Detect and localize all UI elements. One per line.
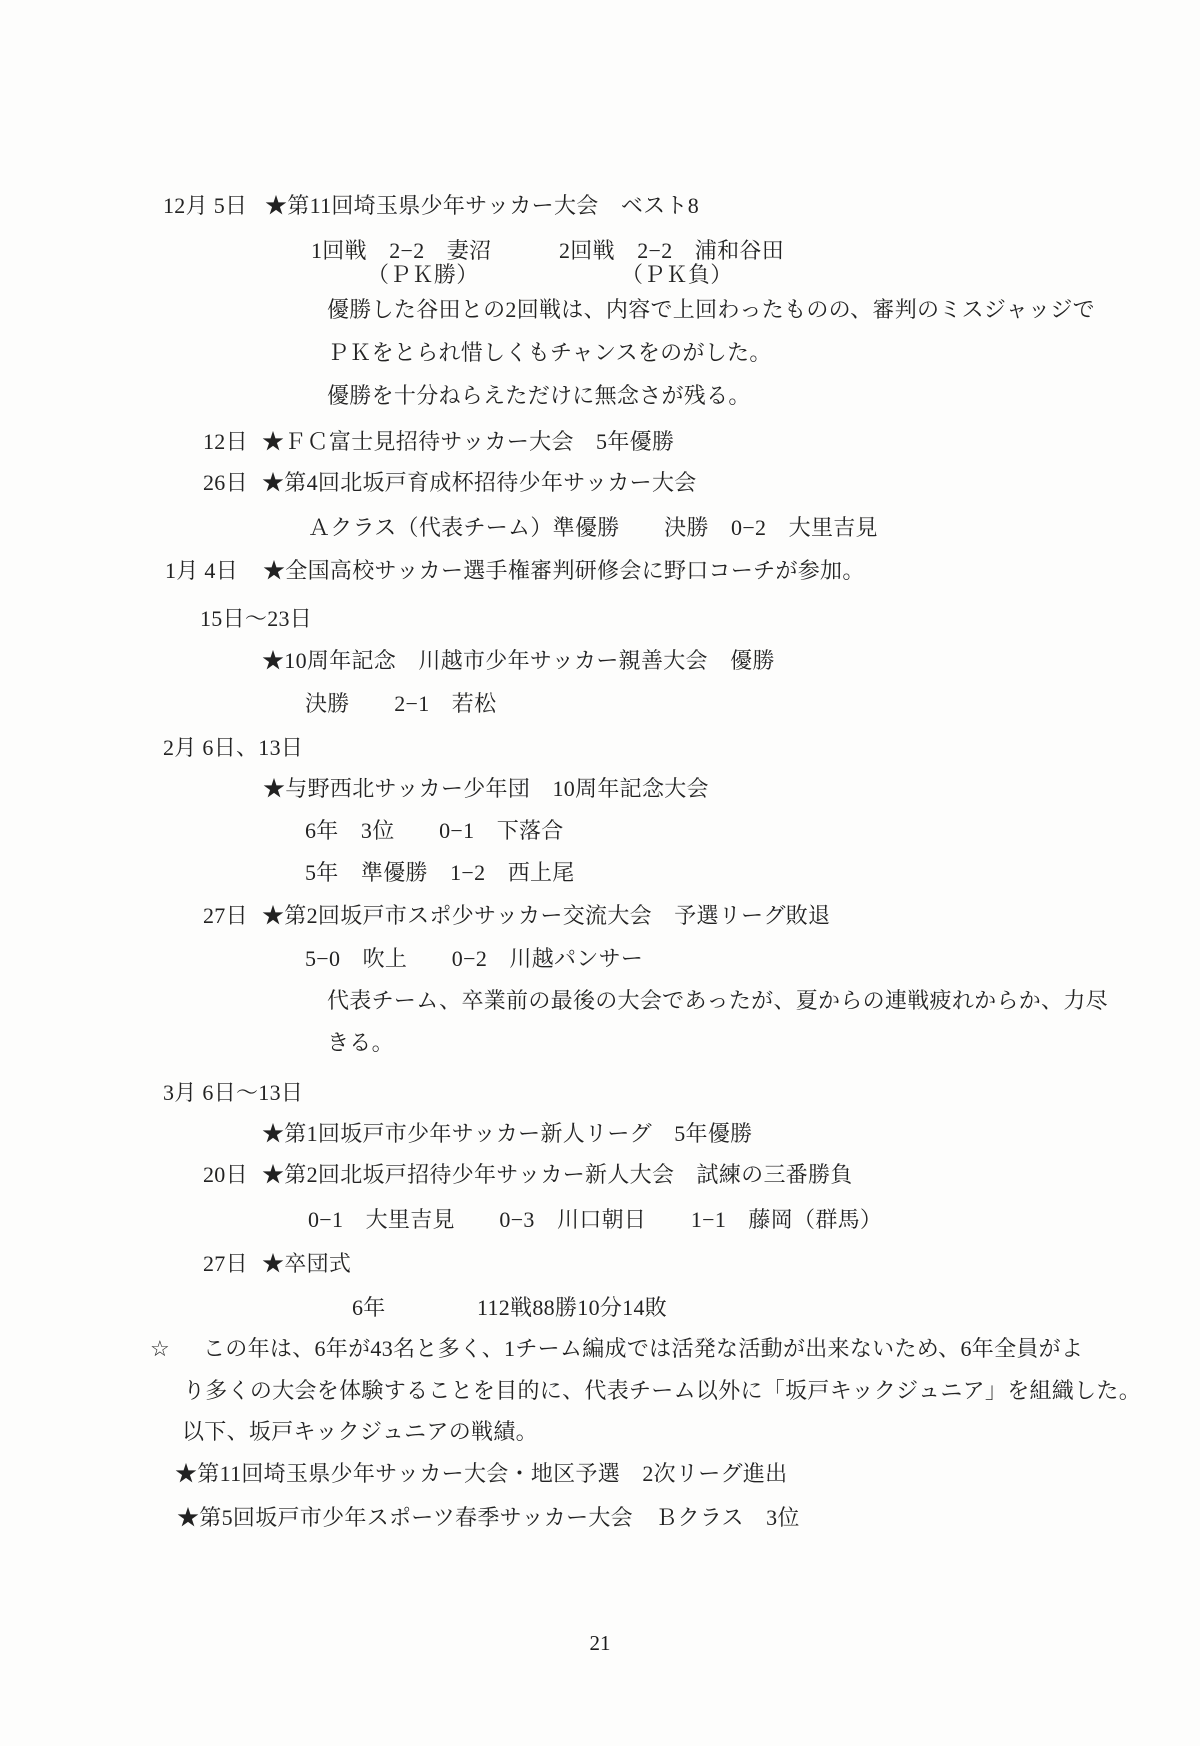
match-result: 2回戦 2−2 浦和谷田 (559, 238, 784, 264)
match-result: 6年 (352, 1295, 386, 1321)
event-title: ★ＦＣ富士見招待サッカー大会 5年優勝 (262, 429, 674, 455)
date-label-day: 26日 (203, 470, 248, 496)
match-result: 0−1 大里吉見 0−3 川口朝日 1−1 藤岡（群馬） (308, 1207, 882, 1233)
body-text: 以下、坂戸キックジュニアの戦績。 (182, 1419, 538, 1445)
event-title: ★第4回北坂戸育成杯招待少年サッカー大会 (262, 470, 697, 496)
pk-note: （ＰＫ勝） (367, 262, 479, 288)
event-title: ★第1回坂戸市少年サッカー新人リーグ 5年優勝 (262, 1121, 752, 1147)
match-result: 1回戦 2−2 妻沼 (311, 238, 491, 264)
date-label-day: 12日 (203, 429, 248, 455)
match-result: 112戦88勝10分14敗 (477, 1295, 667, 1321)
page-number: 21 (0, 1631, 1200, 1656)
document-page: 12月 5日 ★第11回埼玉県少年サッカー大会 ベスト8 1回戦 2−2 妻沼 … (0, 0, 1200, 1746)
date-label-month: 12月 5日 (163, 193, 247, 219)
date-label-month: 3月 6日〜13日 (163, 1080, 303, 1106)
body-text: ＰＫをとられ惜しくもチャンスをのがした。 (327, 340, 772, 366)
body-text: この年は、6年が43名と多く、1チーム編成では活発な活動が出来ないため、6年全員… (203, 1336, 1083, 1362)
date-label-day: 15日〜23日 (200, 606, 312, 632)
event-title: ★10周年記念 川越市少年サッカー親善大会 優勝 (262, 648, 775, 674)
match-result: 決勝 2−1 若松 (305, 691, 496, 717)
pk-note: （ＰＫ負） (621, 262, 733, 288)
star-marker: ☆ (150, 1336, 170, 1362)
event-title: ★全国高校サッカー選手権審判研修会に野口コーチが参加。 (263, 558, 865, 584)
event-title: ★第5回坂戸市少年スポーツ春季サッカー大会 Ｂクラス 3位 (177, 1505, 800, 1531)
date-label-day: 20日 (203, 1162, 248, 1188)
event-title: ★第11回埼玉県少年サッカー大会 ベスト8 (265, 193, 699, 219)
body-text: り多くの大会を体験することを目的に、代表チーム以外に「坂戸キックジュニア」を組織… (183, 1378, 1141, 1404)
event-title: ★第11回埼玉県少年サッカー大会・地区予選 2次リーグ進出 (175, 1461, 787, 1487)
body-text: 優勝を十分ねらえただけに無念さが残る。 (327, 383, 751, 409)
match-result: 5−0 吹上 0−2 川越パンサー (305, 946, 643, 972)
match-result: 6年 3位 0−1 下落合 (305, 818, 564, 844)
body-text: 代表チーム、卒業前の最後の大会であったが、夏からの連戦疲れからか、力尽 (327, 988, 1108, 1014)
date-label-day: 27日 (203, 1251, 248, 1277)
event-title: ★第2回北坂戸招待少年サッカー新人大会 試練の三番勝負 (262, 1162, 853, 1188)
event-title: ★卒団式 (262, 1251, 351, 1277)
match-result: Ａクラス（代表チーム）準優勝 決勝 0−2 大里吉見 (308, 515, 878, 541)
event-title: ★第2回坂戸市スポ少サッカー交流大会 予選リーグ敗退 (262, 903, 830, 929)
body-text: 優勝した谷田との2回戦は、内容で上回わったものの、審判のミスジャッジで (327, 297, 1095, 323)
date-label-month: 1月 4日 (165, 558, 238, 584)
date-label-month: 2月 6日、13日 (163, 735, 303, 761)
event-title: ★与野西北サッカー少年団 10周年記念大会 (263, 776, 709, 802)
date-label-day: 27日 (203, 903, 248, 929)
body-text: きる。 (327, 1030, 394, 1056)
match-result: 5年 準優勝 1−2 西上尾 (305, 860, 575, 886)
